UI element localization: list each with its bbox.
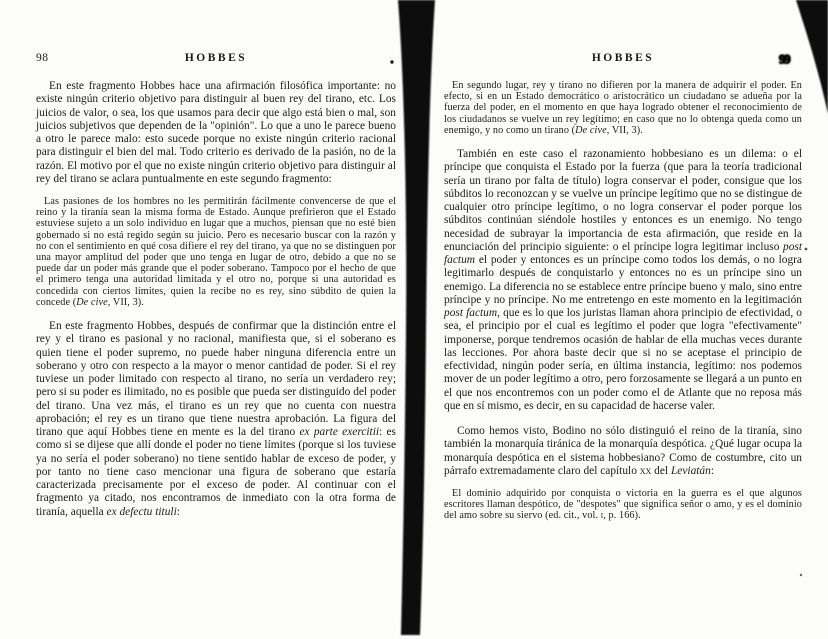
body-paragraph: En este fragmento Hobbes, después de con… — [36, 320, 396, 519]
right-page: HOBBES En segundo lugar, rey y tirano no… — [444, 0, 802, 639]
block-quote: En segundo lugar, rey y tirano no difier… — [444, 80, 802, 136]
left-running-head: HOBBES — [36, 52, 396, 64]
right-running-head: HOBBES — [444, 52, 802, 64]
gutter-shadow — [398, 0, 435, 635]
right-page-body: En segundo lugar, rey y tirano no difier… — [444, 80, 802, 522]
right-page-number-smudge: 99 — [779, 51, 789, 67]
body-paragraph: Como hemos visto, Bodino no sólo disting… — [444, 425, 802, 478]
left-page-body: En este fragmento Hobbes hace una afirma… — [36, 80, 396, 519]
right-page-header: HOBBES — [444, 52, 802, 67]
left-page-number: 98 — [36, 52, 49, 64]
book-spread-scan: 98 HOBBES En este fragmento Hobbes hace … — [0, 0, 828, 639]
left-page-header: 98 HOBBES — [36, 52, 396, 67]
left-page: 98 HOBBES En este fragmento Hobbes hace … — [36, 0, 396, 639]
block-quote: Las pasiones de los hombres no les permi… — [36, 196, 396, 308]
body-paragraph: En este fragmento Hobbes hace una afirma… — [36, 80, 396, 186]
ink-speck — [805, 248, 808, 251]
block-quote: El dominio adquirido por conquista o vic… — [444, 488, 802, 522]
body-paragraph: También en este caso el razonamiento hob… — [444, 148, 802, 413]
